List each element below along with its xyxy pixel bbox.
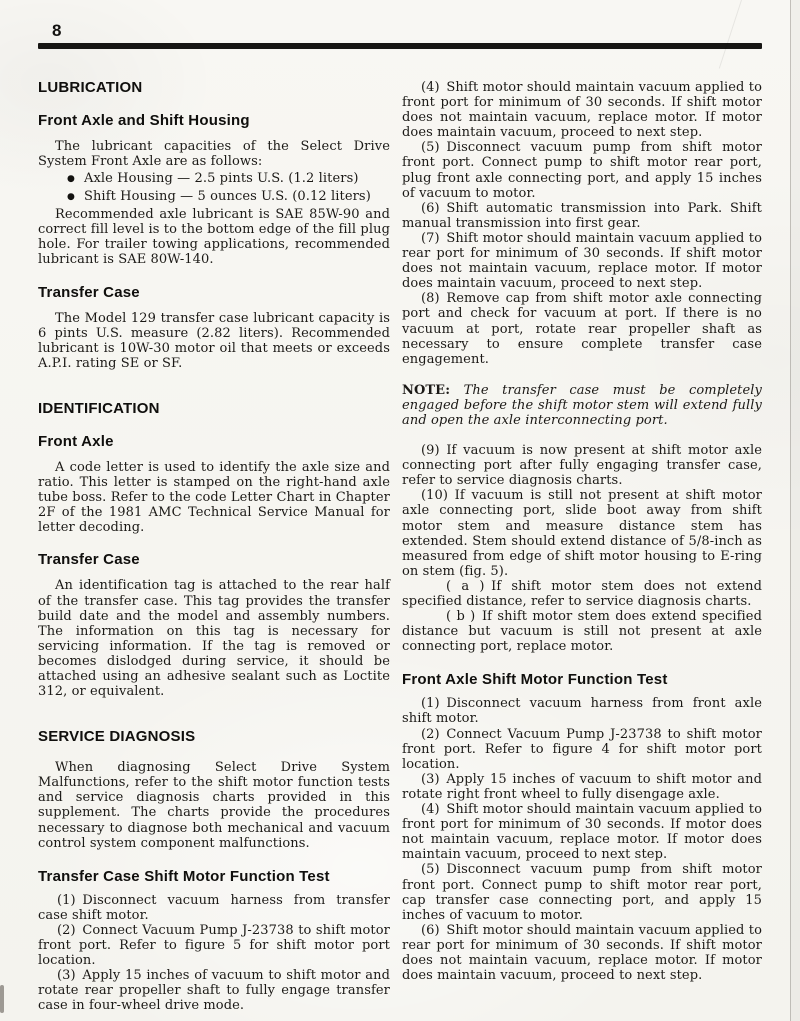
step-item: (1) Disconnect vacuum harness from trans…	[38, 893, 390, 923]
header-rule	[38, 43, 762, 49]
step-item: (5) Disconnect vacuum pump from shift mo…	[402, 862, 762, 922]
section-heading-lubrication: LUBRICATION	[38, 80, 390, 96]
step-item: (2) Connect Vacuum Pump J-23738 to shift…	[402, 727, 762, 772]
step-item: (1) Disconnect vacuum harness from front…	[402, 696, 762, 726]
list-item: ●Shift Housing — 5 ounces U.S. (0.12 lit…	[67, 188, 390, 206]
note-paragraph: NOTE: The transfer case must be complete…	[402, 383, 762, 428]
bullet-icon: ●	[67, 171, 75, 188]
subheading-transfer-case-identification: Transfer Case	[38, 552, 390, 568]
subheading-transfer-case-lubrication: Transfer Case	[38, 285, 390, 301]
paragraph: An identification tag is attached to the…	[38, 578, 390, 699]
subheading-front-axle-identification: Front Axle	[38, 434, 390, 450]
paragraph: When diagnosing Select Drive System Malf…	[38, 760, 390, 851]
step-item: (8) Remove cap from shift motor axle con…	[402, 291, 762, 366]
note-label: NOTE:	[402, 383, 450, 398]
page-edge-line	[790, 0, 791, 1021]
subheading-front-axle-shift-housing: Front Axle and Shift Housing	[38, 113, 390, 129]
page-number: 8	[38, 22, 762, 39]
paragraph: The lubricant capacities of the Select D…	[38, 139, 390, 169]
step-item: (2) Connect Vacuum Pump J-23738 to shift…	[38, 923, 390, 968]
page-header: 8	[0, 0, 800, 49]
section-heading-service-diagnosis: SERVICE DIAGNOSIS	[38, 729, 390, 745]
step-item: (9) If vacuum is now present at shift mo…	[402, 443, 762, 488]
list-item: ●Axle Housing — 2.5 pints U.S. (1.2 lite…	[67, 170, 390, 188]
list-item-text: Axle Housing — 2.5 pints U.S. (1.2 liter…	[84, 171, 359, 186]
bullet-icon: ●	[67, 189, 75, 206]
step-item: (6) Shift motor should maintain vacuum a…	[402, 923, 762, 983]
list-item-text: Shift Housing — 5 ounces U.S. (0.12 lite…	[84, 189, 371, 204]
subheading-front-axle-shift-motor-test: Front Axle Shift Motor Function Test	[402, 672, 762, 688]
note-text: The transfer case must be completely eng…	[402, 383, 762, 428]
step-item: (4) Shift motor should maintain vacuum a…	[402, 80, 762, 140]
capacity-list: ●Axle Housing — 2.5 pints U.S. (1.2 lite…	[38, 170, 390, 206]
scan-smudge	[0, 985, 4, 1013]
scanned-manual-page: 8 LUBRICATION Front Axle and Shift Housi…	[0, 0, 800, 1021]
step-item: (10) If vacuum is still not present at s…	[402, 488, 762, 579]
step-item: (5) Disconnect vacuum pump from shift mo…	[402, 140, 762, 200]
substep-item: ( b ) If shift motor stem does extend sp…	[402, 609, 762, 654]
paragraph: The Model 129 transfer case lubricant ca…	[38, 311, 390, 371]
left-column: LUBRICATION Front Axle and Shift Housing…	[38, 80, 390, 1013]
right-column: (4) Shift motor should maintain vacuum a…	[402, 80, 762, 1013]
section-heading-identification: IDENTIFICATION	[38, 401, 390, 417]
substep-item: ( a ) If shift motor stem does not exten…	[402, 579, 762, 609]
paragraph: Recommended axle lubricant is SAE 85W-90…	[38, 207, 390, 267]
two-column-body: LUBRICATION Front Axle and Shift Housing…	[0, 80, 800, 1013]
step-item: (3) Apply 15 inches of vacuum to shift m…	[402, 772, 762, 802]
step-item: (6) Shift automatic transmission into Pa…	[402, 201, 762, 231]
step-item: (3) Apply 15 inches of vacuum to shift m…	[38, 968, 390, 1013]
paragraph: A code letter is used to identify the ax…	[38, 460, 390, 535]
step-item: (4) Shift motor should maintain vacuum a…	[402, 802, 762, 862]
step-item: (7) Shift motor should maintain vacuum a…	[402, 231, 762, 291]
page-edge-shade	[790, 0, 800, 1021]
subheading-transfer-case-shift-motor-test: Transfer Case Shift Motor Function Test	[38, 869, 390, 885]
